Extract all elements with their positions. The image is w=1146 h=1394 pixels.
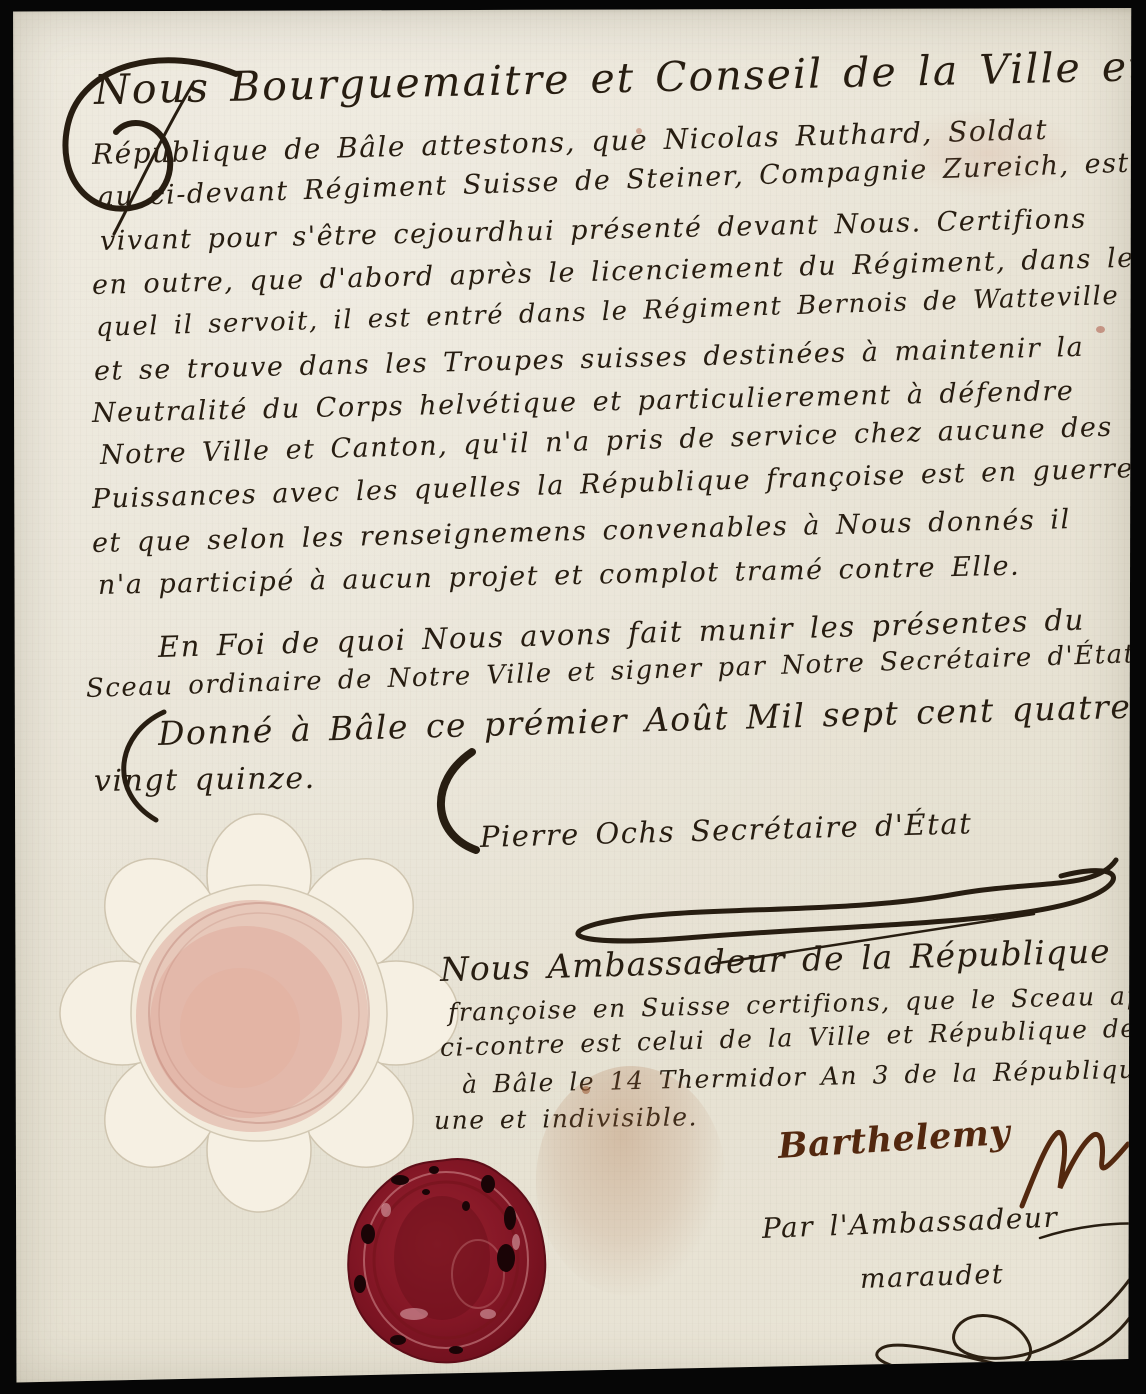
photo-background: Nous Bourguemaitre et Conseil de la Vill… bbox=[0, 0, 1146, 1394]
embossed-paper-seal bbox=[64, 818, 454, 1208]
foxing-speck bbox=[1096, 326, 1105, 333]
ambassador-line-5: une et indivisible. bbox=[434, 1102, 698, 1135]
countersignature-flourish bbox=[848, 1258, 1146, 1388]
body-line-12: n'a participé à aucun projet et complot … bbox=[98, 551, 1021, 601]
donne-flourish bbox=[100, 706, 170, 826]
ink-stain bbox=[536, 1066, 726, 1296]
countersignature-line: Par l'Ambassadeur bbox=[761, 1201, 1059, 1245]
ambassador-signature: Barthelemy bbox=[777, 1112, 1012, 1167]
document-paper: Nous Bourguemaitre et Conseil de la Vill… bbox=[8, 8, 1138, 1388]
ambassador-caret-stroke bbox=[708, 908, 1038, 968]
ambassador-line-4: à Bâle le 14 Thermidor An 3 de la Républ… bbox=[462, 1054, 1146, 1099]
secretary-signature: Pierre Ochs Secrétaire d'État bbox=[480, 806, 973, 854]
ambassador-signature-flourish bbox=[1016, 1126, 1136, 1211]
body-line-11: et que selon les renseignemens convenabl… bbox=[92, 504, 1071, 559]
red-wax-seal bbox=[338, 1154, 556, 1368]
countersignature-dash bbox=[1036, 1214, 1146, 1244]
body-line-1: Nous Bourguemaitre et Conseil de la Vill… bbox=[93, 42, 1146, 114]
